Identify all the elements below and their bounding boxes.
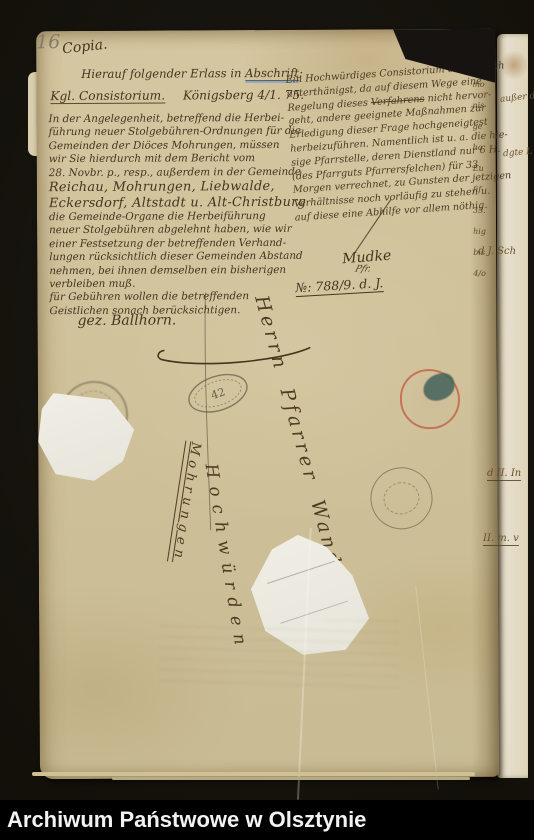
page-edge-text-fragment: nis	[472, 101, 496, 122]
manuscript-line: lungen rücksichtlich dieser Gemeinden Ab…	[49, 250, 299, 265]
manuscript-line: wir Sie hierdurch mit dem Bericht vom	[49, 152, 299, 167]
paper-stain	[501, 48, 527, 82]
ink-bleedthrough	[159, 619, 399, 690]
paper-crease	[415, 586, 438, 790]
manuscript-line: Gemeinden der Diöces Mohrungen, müssen	[49, 139, 299, 154]
next-page-edge	[497, 34, 528, 778]
letter-body-left-column: In der Angelegenheit, betreffend die Her…	[48, 112, 299, 319]
heading-text: Hierauf folgender Erlass in	[81, 66, 245, 81]
dateline: Kgl. Consistorium. Königsberg 4/1. 75.	[50, 88, 304, 103]
next-page-text-fragment: d J. Sch	[478, 246, 516, 257]
manuscript-line: In der Angelegenheit, betreffend die Her…	[48, 112, 298, 127]
red-seal-mark	[400, 369, 460, 429]
manuscript-line-parish-names: Reichau, Mohrungen, Liebwalde,	[49, 179, 299, 196]
signature-ballhorn: gez. Ballhorn.	[78, 312, 177, 329]
page-stack-edge	[32, 772, 475, 776]
manuscript-line: verbleiben muß.	[49, 277, 299, 292]
manuscript-line: führung neuer Stolgebühren-Ordnungen für…	[49, 125, 299, 140]
faint-postmark	[365, 461, 439, 535]
page-edge-text-fragment: 33.	[473, 206, 497, 227]
addressee: Kgl. Consistorium.	[50, 89, 165, 105]
oval-archive-stamp: 42	[178, 361, 258, 425]
manuscript-line: die Gemeinde-Organe die Herbeiführung	[49, 210, 299, 225]
next-page-text-fragment: d II. In	[487, 468, 521, 481]
address-place: Mohrungen	[167, 441, 203, 564]
archival-scan: außer d dgte L d J. Sch d II. In II. m. …	[0, 0, 534, 840]
page-edge-text-fragment: ho	[473, 143, 497, 164]
page-stack-edge	[112, 777, 470, 780]
next-page-text-fragment: II. m. v	[483, 533, 519, 546]
next-page-text-fragment: dgte L	[503, 147, 533, 160]
page-edge-text-fragment: fif	[473, 185, 497, 206]
page-edge-text-fragment: Eu	[473, 164, 497, 185]
oval-stamp-number: 42	[209, 385, 226, 402]
manuscript-line: nehmen, bei ihnen demselben ein bisherig…	[49, 263, 299, 278]
manuscript-line-parish-names: Eckersdorf, Altstadt u. Alt-Christburg	[49, 194, 299, 211]
page-edge-text-fragment: hig	[473, 227, 497, 248]
copy-annotation: Copia.	[61, 37, 108, 58]
page-edge-text-fragment: mo	[472, 80, 496, 101]
folio-number: 16	[36, 31, 60, 53]
manuscript-line: einer Festsetzung der betreffenden Verha…	[49, 237, 299, 252]
manuscript-line: 28. Novbr. p., resp., außerdem in der Ge…	[49, 165, 299, 180]
caption-bar: Archiwum Państwowe w Olsztynie	[0, 800, 534, 840]
archive-name: Archiwum Państwowe w Olsztynie	[0, 800, 534, 840]
officiant-title: Pfr.	[354, 264, 373, 274]
document-heading: Hierauf folgender Erlass in Abschrift:	[81, 66, 303, 81]
register-number: №: 788/9. d. J.	[295, 275, 384, 297]
seal-wax-smudge	[420, 371, 457, 404]
page-edge-text-fragment: ge	[473, 122, 497, 143]
page-edge-text-fragment: 4/o	[473, 269, 497, 290]
manuscript-line: neuer Stolgebühren abgelehnt haben, wie …	[49, 223, 299, 238]
manuscript-page: Copia. 16 Hierauf folgender Erlass in Ab…	[36, 29, 499, 779]
